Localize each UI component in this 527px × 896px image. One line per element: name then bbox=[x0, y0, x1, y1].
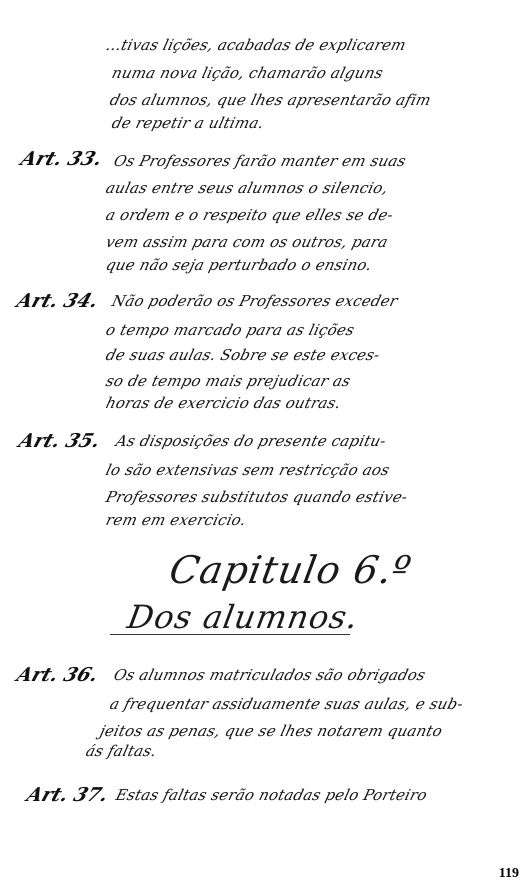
text-line: o tempo marcado para as lições bbox=[104, 321, 356, 339]
text-line: ás faltas. bbox=[84, 742, 159, 760]
text-line: horas de exercicio das outras. bbox=[104, 394, 343, 412]
chapter-title: Capitulo 6.º bbox=[166, 548, 415, 592]
text-line: As disposições do presente capitu- bbox=[114, 432, 388, 450]
text-line: de repetir a ultima. bbox=[110, 114, 266, 132]
text-line: a ordem e o respeito que elles se de- bbox=[104, 206, 395, 224]
article-label: Art. 34. bbox=[14, 290, 101, 312]
text-line: Estas faltas serão notadas pelo Porteiro bbox=[114, 786, 429, 804]
text-line: vem assim para com os outros, para bbox=[104, 233, 390, 251]
text-line: de suas aulas. Sobre se este exces- bbox=[104, 346, 382, 364]
page-number: 119 bbox=[499, 866, 519, 882]
subtitle-underline bbox=[110, 634, 350, 635]
text-line: so de tempo mais prejudicar as bbox=[104, 372, 352, 390]
text-line: …tivas lições, acabadas de explicarem bbox=[104, 36, 408, 54]
text-line: Não poderão os Professores exceder bbox=[110, 292, 400, 310]
chapter-subtitle: Dos alumnos. bbox=[125, 598, 362, 636]
text-line: aulas entre seus alumnos o silencio, bbox=[104, 179, 390, 197]
text-line: que não seja perturbado o ensino. bbox=[104, 256, 374, 274]
text-line: a frequentar assiduamente suas aulas, e … bbox=[108, 695, 465, 713]
text-line: numa nova lição, chamarão alguns bbox=[110, 64, 385, 82]
text-line: rem em exercicio. bbox=[104, 511, 248, 529]
article-label: Art. 37. bbox=[24, 784, 111, 806]
article-label: Art. 33. bbox=[18, 148, 105, 170]
text-line: Os Professores farão manter em suas bbox=[112, 152, 408, 170]
manuscript-page: …tivas lições, acabadas de explicarem nu… bbox=[0, 0, 527, 896]
article-label: Art. 35. bbox=[16, 430, 103, 452]
text-line: Os alumnos matriculados são obrigados bbox=[112, 666, 427, 684]
article-label: Art. 36. bbox=[14, 664, 101, 686]
text-line: lo são extensivas sem restricção aos bbox=[104, 461, 392, 479]
text-line: jeitos as penas, que se lhes notarem qua… bbox=[98, 722, 444, 740]
text-line: Professores substitutos quando estive- bbox=[104, 488, 410, 506]
text-line: dos alumnos, que lhes apresentarão afim bbox=[108, 91, 433, 109]
